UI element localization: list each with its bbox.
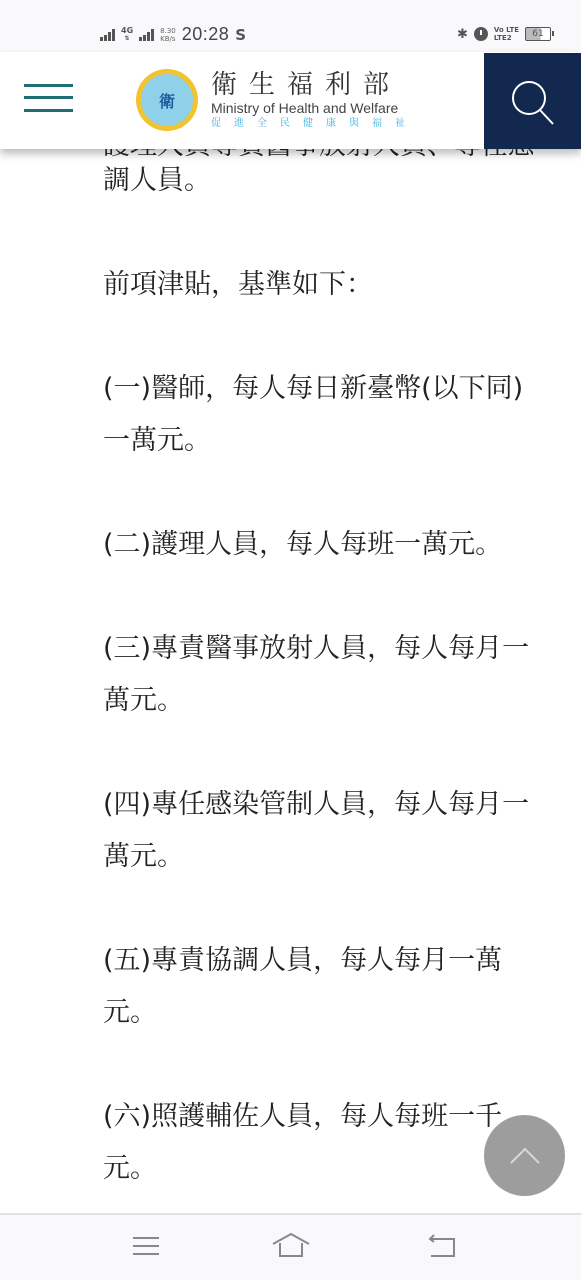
bluetooth-icon: ✱ [457,27,468,42]
volte-label: Vo LTE [494,26,519,34]
back-button[interactable] [424,1229,464,1263]
logo-text: 衛生福利部 Ministry of Health and Welfare 促進全… [211,70,418,130]
home-icon [271,1229,311,1263]
ministry-name-en: Ministry of Health and Welfare [211,100,418,117]
site-header: 衛 衛生福利部 Ministry of Health and Welfare 促… [0,52,581,149]
ministry-emblem-icon: 衛 [136,69,198,131]
battery-icon: 61 [525,27,551,41]
ministry-slogan: 促進全民健康與福祉 [211,117,418,130]
network-type: 4G ⇅ [121,27,133,43]
speed-value: 8.30 [160,27,176,35]
volte-indicator: Vo LTE LTE2 [494,26,519,42]
status-bar: 4G ⇅ 8.30 KB/s 20:28 S ✱ Vo LTE LTE2 61 [0,0,581,52]
battery-level: 61 [532,29,543,39]
search-icon [484,53,581,149]
signal-icon [100,29,115,41]
paragraph-1: 前項津貼，基準如下： [103,259,533,311]
speed-unit: KB/s [160,35,176,43]
alarm-icon [474,27,488,41]
search-button[interactable] [484,53,581,149]
home-button[interactable] [271,1229,311,1263]
back-arrow-icon [424,1229,464,1263]
scroll-to-top-button[interactable] [484,1115,565,1196]
menu-lines-icon [126,1229,166,1263]
app-notification-icon: S [235,26,246,44]
chevron-up-icon [484,1115,565,1196]
paragraph-2: (一)醫師，每人每日新臺幣(以下同)一萬元。 [103,363,533,467]
ministry-name-zh: 衛生福利部 [211,70,418,100]
signal-2-icon [139,29,154,41]
status-right: ✱ Vo LTE LTE2 61 [457,26,551,42]
clock: 20:28 [182,24,230,45]
paragraph-6: (五)專責協調人員，每人每月一萬元。 [103,935,533,1039]
paragraph-3: (二)護理人員，每人每班一萬元。 [103,519,533,571]
site-logo[interactable]: 衛 衛生福利部 Ministry of Health and Welfare 促… [136,69,418,131]
system-nav-bar [0,1213,581,1280]
status-left: 4G ⇅ 8.30 KB/s 20:28 S [100,24,246,45]
sim-label: LTE2 [494,34,519,42]
article-body: 護理人員專責醫事放射人員、專任感染管制人員及專責協 調人員。 前項津貼，基準如下… [103,140,533,1247]
network-speed: 8.30 KB/s [160,27,176,43]
data-arrows-icon: ⇅ [125,35,130,43]
paragraph-5: (四)專任感染管制人員，每人每月一萬元。 [103,779,533,883]
recents-button[interactable] [126,1229,166,1263]
emblem-inner: 衛 [141,74,193,126]
paragraph-4: (三)專責醫事放射人員，每人每月一萬元。 [103,623,533,727]
network-label: 4G [121,27,133,35]
paragraph-7: (六)照護輔佐人員，每人每班一千元。 [103,1091,533,1195]
hamburger-menu-icon[interactable] [24,84,73,112]
